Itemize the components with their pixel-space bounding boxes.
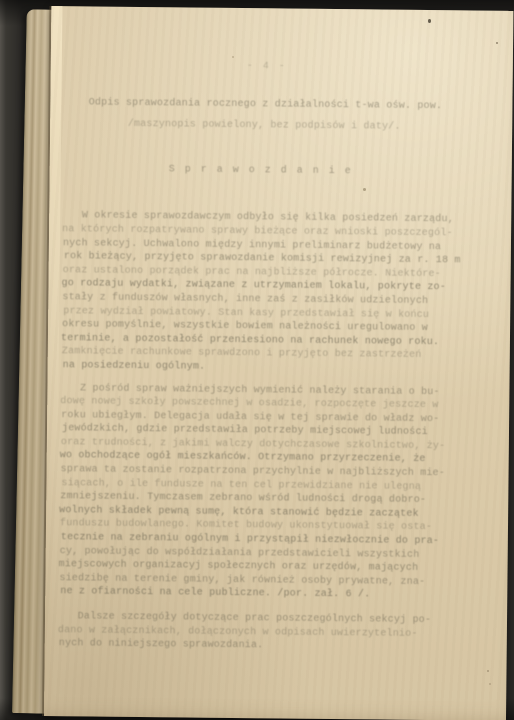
- typewritten-line: ne z ofiarności na cele publiczne. /por.…: [60, 586, 462, 604]
- dust-speck: [496, 42, 498, 44]
- dust-speck: [232, 56, 234, 58]
- typewritten-line: nych do niniejszego sprawozdania.: [59, 637, 461, 655]
- typewritten-text: - 4 - Odpis sprawozdania rocznego z dzia…: [59, 6, 468, 655]
- dust-speck: [363, 188, 366, 191]
- dust-speck: [487, 670, 489, 672]
- dust-speck: [489, 683, 491, 685]
- document-heading: Sprawozdanie: [64, 162, 466, 180]
- closing-paragraph: Dalsze szczegóły dotyczące prac poszczeg…: [59, 610, 461, 655]
- header-line-2: /maszynopis powielony, bez podpisów i da…: [63, 117, 465, 135]
- typewritten-line: na posiedzeniu ogólnym.: [63, 359, 465, 377]
- header-line-1: Odpis sprawozdania rocznego z działalnoś…: [64, 96, 466, 114]
- body-paragraph-1: W okresie sprawozdawczym odbyło się kilk…: [62, 210, 466, 377]
- body-paragraph-2: Z pośród spraw ważniejszych wymienić nal…: [59, 382, 463, 604]
- document-sheet: - 4 - Odpis sprawozdania rocznego z dzia…: [44, 6, 513, 720]
- dust-speck: [428, 19, 431, 23]
- scanned-book-photo: - 4 - Odpis sprawozdania rocznego z dzia…: [0, 0, 514, 720]
- page-number: - 4 -: [66, 58, 468, 76]
